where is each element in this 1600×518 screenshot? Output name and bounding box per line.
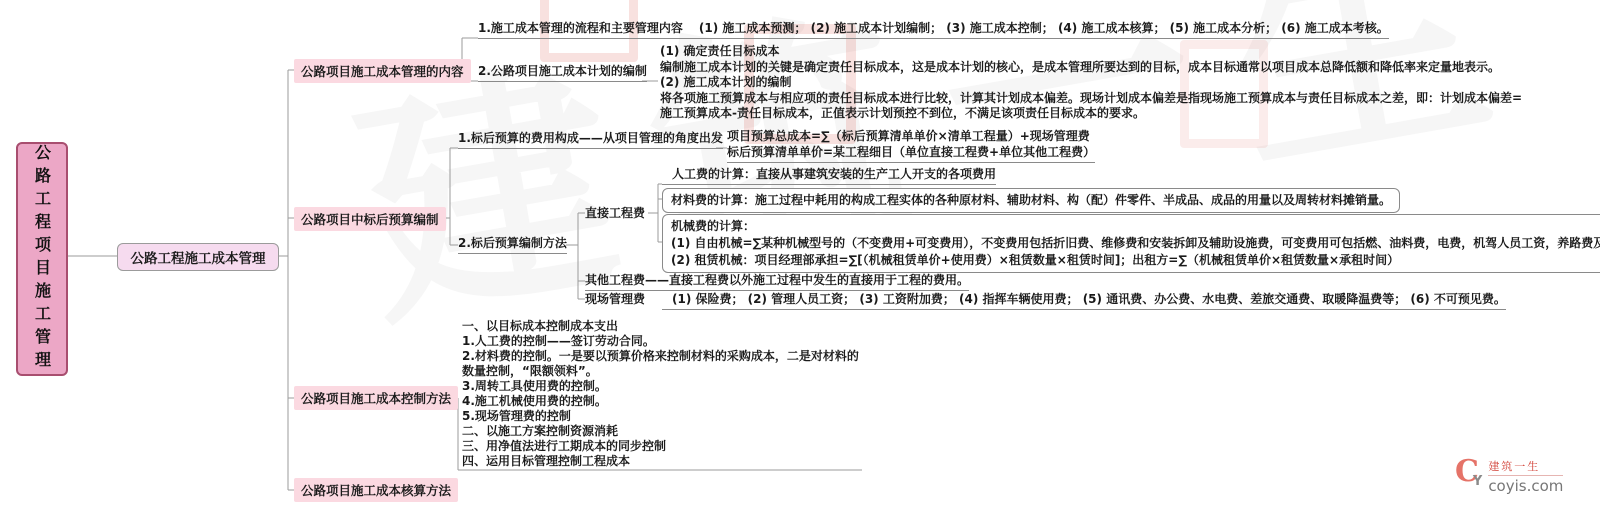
note-line: (2) 施工成本计划的编制	[660, 75, 1522, 91]
topic-cost-management-process[interactable]: 1.施工成本管理的流程和主要管理内容 (1) 施工成本预测； (2) 施工成本计…	[478, 20, 1389, 39]
cost-control-list[interactable]: 一、以目标成本控制成本支出 1.人工费的控制——签订劳动合同。 2.材料费的控制…	[462, 319, 864, 469]
main-topic-cost-management[interactable]: 公路工程施工成本管理	[117, 243, 279, 271]
logo-brand-text: 建筑一生	[1488, 458, 1563, 476]
list-item: 2.材料费的控制。一是要以预算价格来控制材料的采购成本，二是对材料的数量控制，“…	[462, 349, 864, 379]
machine-line: 机械费的计算：	[671, 218, 1600, 235]
list-item: 5.现场管理费的控制	[462, 409, 864, 424]
branch-content-of-cost-management[interactable]: 公路项目施工成本管理的内容	[294, 59, 471, 83]
formula-line: 项目预算总成本=∑（标后预算清单单价×清单工程量）+现场管理费	[727, 128, 1095, 144]
branch-post-bid-budget[interactable]: 公路项目中标后预算编制	[294, 207, 446, 231]
topic-direct-engineering-cost[interactable]: 直接工程费	[585, 205, 645, 221]
logo-y-mark-icon: Y	[1473, 474, 1482, 489]
list-item: 3.周转工具使用费的控制。	[462, 379, 864, 394]
root-topic[interactable]: 公路工程项目施工管理	[16, 142, 68, 376]
list-item: 一、以目标成本控制成本支出	[462, 319, 864, 334]
mindmap-canvas: 建筑一生	[0, 0, 1600, 518]
note-line: 施工预算成本-责任目标成本，正值表示计划预控不到位，不满足该项责任目标成本的要求…	[660, 106, 1522, 122]
cost-plan-note-block[interactable]: (1) 确定责任目标成本 编制施工成本计划的关键是确定责任目标成本，这是成本计划…	[660, 44, 1522, 122]
note-line: (1) 确定责任目标成本	[660, 44, 1522, 60]
machine-line: (1) 自由机械=∑某种机械型号的（不变费用+可变费用），不变费用包括折旧费、维…	[671, 235, 1600, 252]
note-line: 将各项施工预算成本与相应项的责任目标成本进行比较，计算其计划成本偏差。现场计划成…	[660, 91, 1522, 107]
topic-other-engineering-cost[interactable]: 其他工程费——直接工程费以外施工过程中发生的直接用于工程的费用。	[585, 272, 969, 291]
topic-site-management-cost[interactable]: 现场管理费	[585, 291, 645, 307]
list-item: 四、运用目标管理控制工程成本	[462, 454, 864, 469]
branch-cost-accounting-methods[interactable]: 公路项目施工成本核算方法	[294, 478, 458, 502]
topic-site-management-detail[interactable]: (1) 保险费； (2) 管理人员工资； (3) 工资附加费； (4) 指挥车辆…	[662, 291, 1506, 310]
logo-site-url: coyis.com	[1488, 477, 1563, 495]
budget-formula-block[interactable]: 项目预算总成本=∑（标后预算清单单价×清单工程量）+现场管理费 标后预算清单单价…	[727, 128, 1095, 163]
topic-material-cost-calc[interactable]: 材料费的计算：施工过程中耗用的构成工程实体的各种原材料、辅助材料、构（配）件零件…	[662, 188, 1400, 213]
topic-labor-cost-calc[interactable]: 人工费的计算：直接从事建筑安装的生产工人开支的各项费用	[662, 166, 996, 185]
topic-post-bid-cost-composition[interactable]: 1.标后预算的费用构成——从项目管理的角度出发	[458, 130, 723, 149]
root-topic-label: 公路工程项目施工管理	[31, 144, 54, 374]
branch-cost-control-methods[interactable]: 公路项目施工成本控制方法	[294, 386, 458, 410]
topic-label: 1.施工成本管理的流程和主要管理内容	[478, 20, 683, 36]
list-item: 三、用净值法进行工期成本的同步控制	[462, 439, 864, 454]
list-item: 1.人工费的控制——签订劳动合同。	[462, 334, 864, 349]
note-line: 编制施工成本计划的关键是确定责任目标成本，这是成本计划的核心，是成本管理所要达到…	[660, 60, 1522, 76]
topic-detail: (1) 施工成本预测； (2) 施工成本计划编制； (3) 施工成本控制； (4…	[699, 20, 1389, 36]
formula-line: 标后预算清单单价=某工程细目（单位直接工程费+单位其他工程费）	[727, 144, 1095, 160]
site-logo[interactable]: C Y 建筑一生 coyis.com	[1455, 458, 1563, 495]
topic-machine-cost-calc[interactable]: 机械费的计算： (1) 自由机械=∑某种机械型号的（不变费用+可变费用），不变费…	[662, 214, 1600, 273]
topic-budget-compilation-method[interactable]: 2.标后预算编制方法	[458, 235, 567, 254]
topic-cost-plan-compilation[interactable]: 2.公路项目施工成本计划的编制	[478, 63, 647, 82]
list-item: 4.施工机械使用费的控制。	[462, 394, 864, 409]
machine-line: (2) 租赁机械：项目经理部承担=∑[（机械租赁单价+使用费）×租赁数量×租赁时…	[671, 252, 1600, 269]
list-item: 二、以施工方案控制资源消耗	[462, 424, 864, 439]
